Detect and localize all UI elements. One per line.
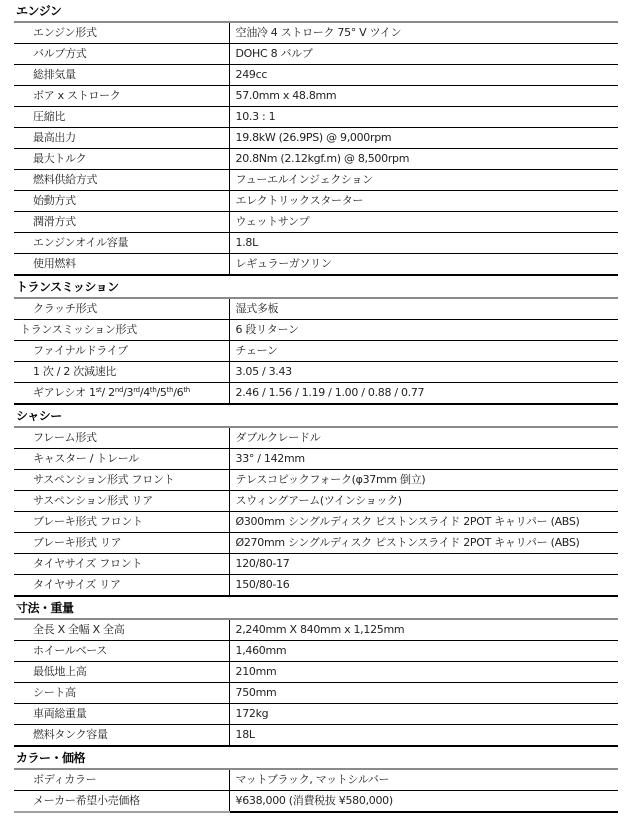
row-value: 33° / 142mm [229, 449, 618, 470]
table-row: タイヤサイズ リア150/80-16 [14, 575, 618, 597]
table-row: 最高出力19.8kW (26.9PS) @ 9,000rpm [14, 128, 618, 149]
table-row: 始動方式エレクトリックスターター [14, 191, 618, 212]
row-value: 2,240mm X 840mm x 1,125mm [229, 619, 618, 641]
table-row: 潤滑方式ウェットサンプ [14, 212, 618, 233]
row-value: 210mm [229, 662, 618, 683]
row-label: サスペンション形式 フロント [14, 470, 229, 491]
row-label: 総排気量 [14, 65, 229, 86]
table-row: 最低地上高210mm [14, 662, 618, 683]
section-title: トランスミッション [14, 278, 618, 297]
row-label: 燃料タンク容量 [14, 725, 229, 747]
row-label: ブレーキ形式 リア [14, 533, 229, 554]
row-label: サスペンション形式 リア [14, 491, 229, 512]
section-title: エンジン [14, 2, 618, 21]
row-value: DOHC 8 バルブ [229, 44, 618, 65]
spec-sheet: エンジン エンジン形式空油冷 4 ストローク 75° V ツイン バルブ方式DO… [0, 0, 640, 813]
row-label: ブレーキ形式 フロント [14, 512, 229, 533]
row-value: 3.05 / 3.43 [229, 362, 618, 383]
section-dimensions: 寸法・重量 全長 X 全幅 X 全高2,240mm X 840mm x 1,12… [14, 599, 618, 747]
row-label: エンジン形式 [14, 22, 229, 44]
table-row: エンジン形式空油冷 4 ストローク 75° V ツイン [14, 22, 618, 44]
table-row: メーカー希望小売価格¥638,000 (消費税抜 ¥580,000) [14, 791, 618, 813]
row-value: Ø270mm シングルディスク ピストンスライド 2POT キャリパー (ABS… [229, 533, 618, 554]
row-label: 1 次 / 2 次減速比 [14, 362, 229, 383]
table-row: 燃料タンク容量18L [14, 725, 618, 747]
row-label: 使用燃料 [14, 254, 229, 276]
row-label: フレーム形式 [14, 427, 229, 449]
row-label: シート高 [14, 683, 229, 704]
row-value: 249cc [229, 65, 618, 86]
row-label-gear-ratio: ギアレシオ 1st/ 2nd/3rd/4th/5th/6th [14, 383, 229, 405]
table-row: 車両総重量172kg [14, 704, 618, 725]
row-value: ウェットサンプ [229, 212, 618, 233]
table-row: キャスター / トレール33° / 142mm [14, 449, 618, 470]
table-row: サスペンション形式 フロントテレスコピックフォーク(φ37mm 倒立) [14, 470, 618, 491]
row-value: 空油冷 4 ストローク 75° V ツイン [229, 22, 618, 44]
row-label: タイヤサイズ リア [14, 575, 229, 597]
table-row: トランスミッション形式6 段リターン [14, 320, 618, 341]
row-value: チェーン [229, 341, 618, 362]
row-value: ダブルクレードル [229, 427, 618, 449]
row-label: 始動方式 [14, 191, 229, 212]
row-label: エンジンオイル容量 [14, 233, 229, 254]
table-row: 燃料供給方式フューエルインジェクション [14, 170, 618, 191]
row-value: 120/80-17 [229, 554, 618, 575]
table-row: 最大トルク20.8Nm (2.12kgf.m) @ 8,500rpm [14, 149, 618, 170]
row-value: 湿式多板 [229, 298, 618, 320]
row-value: マットブラック, マットシルバー [229, 769, 618, 791]
spec-table-dimensions: 全長 X 全幅 X 全高2,240mm X 840mm x 1,125mm ホイ… [14, 618, 618, 747]
row-label: バルブ方式 [14, 44, 229, 65]
table-row: サスペンション形式 リアスウィングアーム(ツインショック) [14, 491, 618, 512]
table-row: フレーム形式ダブルクレードル [14, 427, 618, 449]
row-label: キャスター / トレール [14, 449, 229, 470]
row-label: 圧縮比 [14, 107, 229, 128]
row-label: 潤滑方式 [14, 212, 229, 233]
table-row: ブレーキ形式 リアØ270mm シングルディスク ピストンスライド 2POT キ… [14, 533, 618, 554]
table-row: 圧縮比10.3 : 1 [14, 107, 618, 128]
table-row: ホイールベース1,460mm [14, 641, 618, 662]
section-title: カラー・価格 [14, 749, 618, 768]
table-row: ボア x ストローク57.0mm x 48.8mm [14, 86, 618, 107]
row-label: トランスミッション形式 [14, 320, 229, 341]
row-value: 1.8L [229, 233, 618, 254]
row-label: クラッチ形式 [14, 298, 229, 320]
row-value: 1,460mm [229, 641, 618, 662]
section-engine: エンジン エンジン形式空油冷 4 ストローク 75° V ツイン バルブ方式DO… [14, 2, 618, 276]
row-label: ボア x ストローク [14, 86, 229, 107]
table-row: ブレーキ形式 フロントØ300mm シングルディスク ピストンスライド 2POT… [14, 512, 618, 533]
section-chassis: シャシー フレーム形式ダブルクレードル キャスター / トレール33° / 14… [14, 407, 618, 597]
row-value: 6 段リターン [229, 320, 618, 341]
section-transmission: トランスミッション クラッチ形式湿式多板 トランスミッション形式6 段リターン … [14, 278, 618, 405]
row-value: 2.46 / 1.56 / 1.19 / 1.00 / 0.88 / 0.77 [229, 383, 618, 405]
row-label: 全長 X 全幅 X 全高 [14, 619, 229, 641]
section-color-price: カラー・価格 ボディカラーマットブラック, マットシルバー メーカー希望小売価格… [14, 749, 618, 813]
row-value: ¥638,000 (消費税抜 ¥580,000) [229, 791, 618, 813]
row-label: メーカー希望小売価格 [14, 791, 229, 813]
row-value: 750mm [229, 683, 618, 704]
table-row: エンジンオイル容量1.8L [14, 233, 618, 254]
table-row: タイヤサイズ フロント120/80-17 [14, 554, 618, 575]
table-row: クラッチ形式湿式多板 [14, 298, 618, 320]
row-value: 10.3 : 1 [229, 107, 618, 128]
table-row: 使用燃料レギュラーガソリン [14, 254, 618, 276]
row-value: エレクトリックスターター [229, 191, 618, 212]
spec-table-engine: エンジン形式空油冷 4 ストローク 75° V ツイン バルブ方式DOHC 8 … [14, 21, 618, 276]
table-row: シート高750mm [14, 683, 618, 704]
row-label: タイヤサイズ フロント [14, 554, 229, 575]
spec-table-chassis: フレーム形式ダブルクレードル キャスター / トレール33° / 142mm サ… [14, 426, 618, 597]
row-label: ファイナルドライブ [14, 341, 229, 362]
row-label: 車両総重量 [14, 704, 229, 725]
table-row: 1 次 / 2 次減速比3.05 / 3.43 [14, 362, 618, 383]
row-value: レギュラーガソリン [229, 254, 618, 276]
spec-table-color-price: ボディカラーマットブラック, マットシルバー メーカー希望小売価格¥638,00… [14, 768, 618, 813]
row-value: 18L [229, 725, 618, 747]
row-value: フューエルインジェクション [229, 170, 618, 191]
row-value: 20.8Nm (2.12kgf.m) @ 8,500rpm [229, 149, 618, 170]
row-value: Ø300mm シングルディスク ピストンスライド 2POT キャリパー (ABS… [229, 512, 618, 533]
gear-ratio-label: ギアレシオ [33, 386, 86, 399]
table-row: ボディカラーマットブラック, マットシルバー [14, 769, 618, 791]
row-label: 最高出力 [14, 128, 229, 149]
row-label: ボディカラー [14, 769, 229, 791]
row-label: 最低地上高 [14, 662, 229, 683]
row-value: 57.0mm x 48.8mm [229, 86, 618, 107]
row-value: テレスコピックフォーク(φ37mm 倒立) [229, 470, 618, 491]
table-row: バルブ方式DOHC 8 バルブ [14, 44, 618, 65]
row-label: ホイールベース [14, 641, 229, 662]
section-title: 寸法・重量 [14, 599, 618, 618]
table-row: 全長 X 全幅 X 全高2,240mm X 840mm x 1,125mm [14, 619, 618, 641]
table-row: ギアレシオ 1st/ 2nd/3rd/4th/5th/6th 2.46 / 1.… [14, 383, 618, 405]
row-value: 172kg [229, 704, 618, 725]
section-title: シャシー [14, 407, 618, 426]
table-row: ファイナルドライブチェーン [14, 341, 618, 362]
spec-table-transmission: クラッチ形式湿式多板 トランスミッション形式6 段リターン ファイナルドライブチ… [14, 297, 618, 405]
row-value: スウィングアーム(ツインショック) [229, 491, 618, 512]
row-value: 19.8kW (26.9PS) @ 9,000rpm [229, 128, 618, 149]
table-row: 総排気量249cc [14, 65, 618, 86]
row-label: 最大トルク [14, 149, 229, 170]
row-label: 燃料供給方式 [14, 170, 229, 191]
row-value: 150/80-16 [229, 575, 618, 597]
